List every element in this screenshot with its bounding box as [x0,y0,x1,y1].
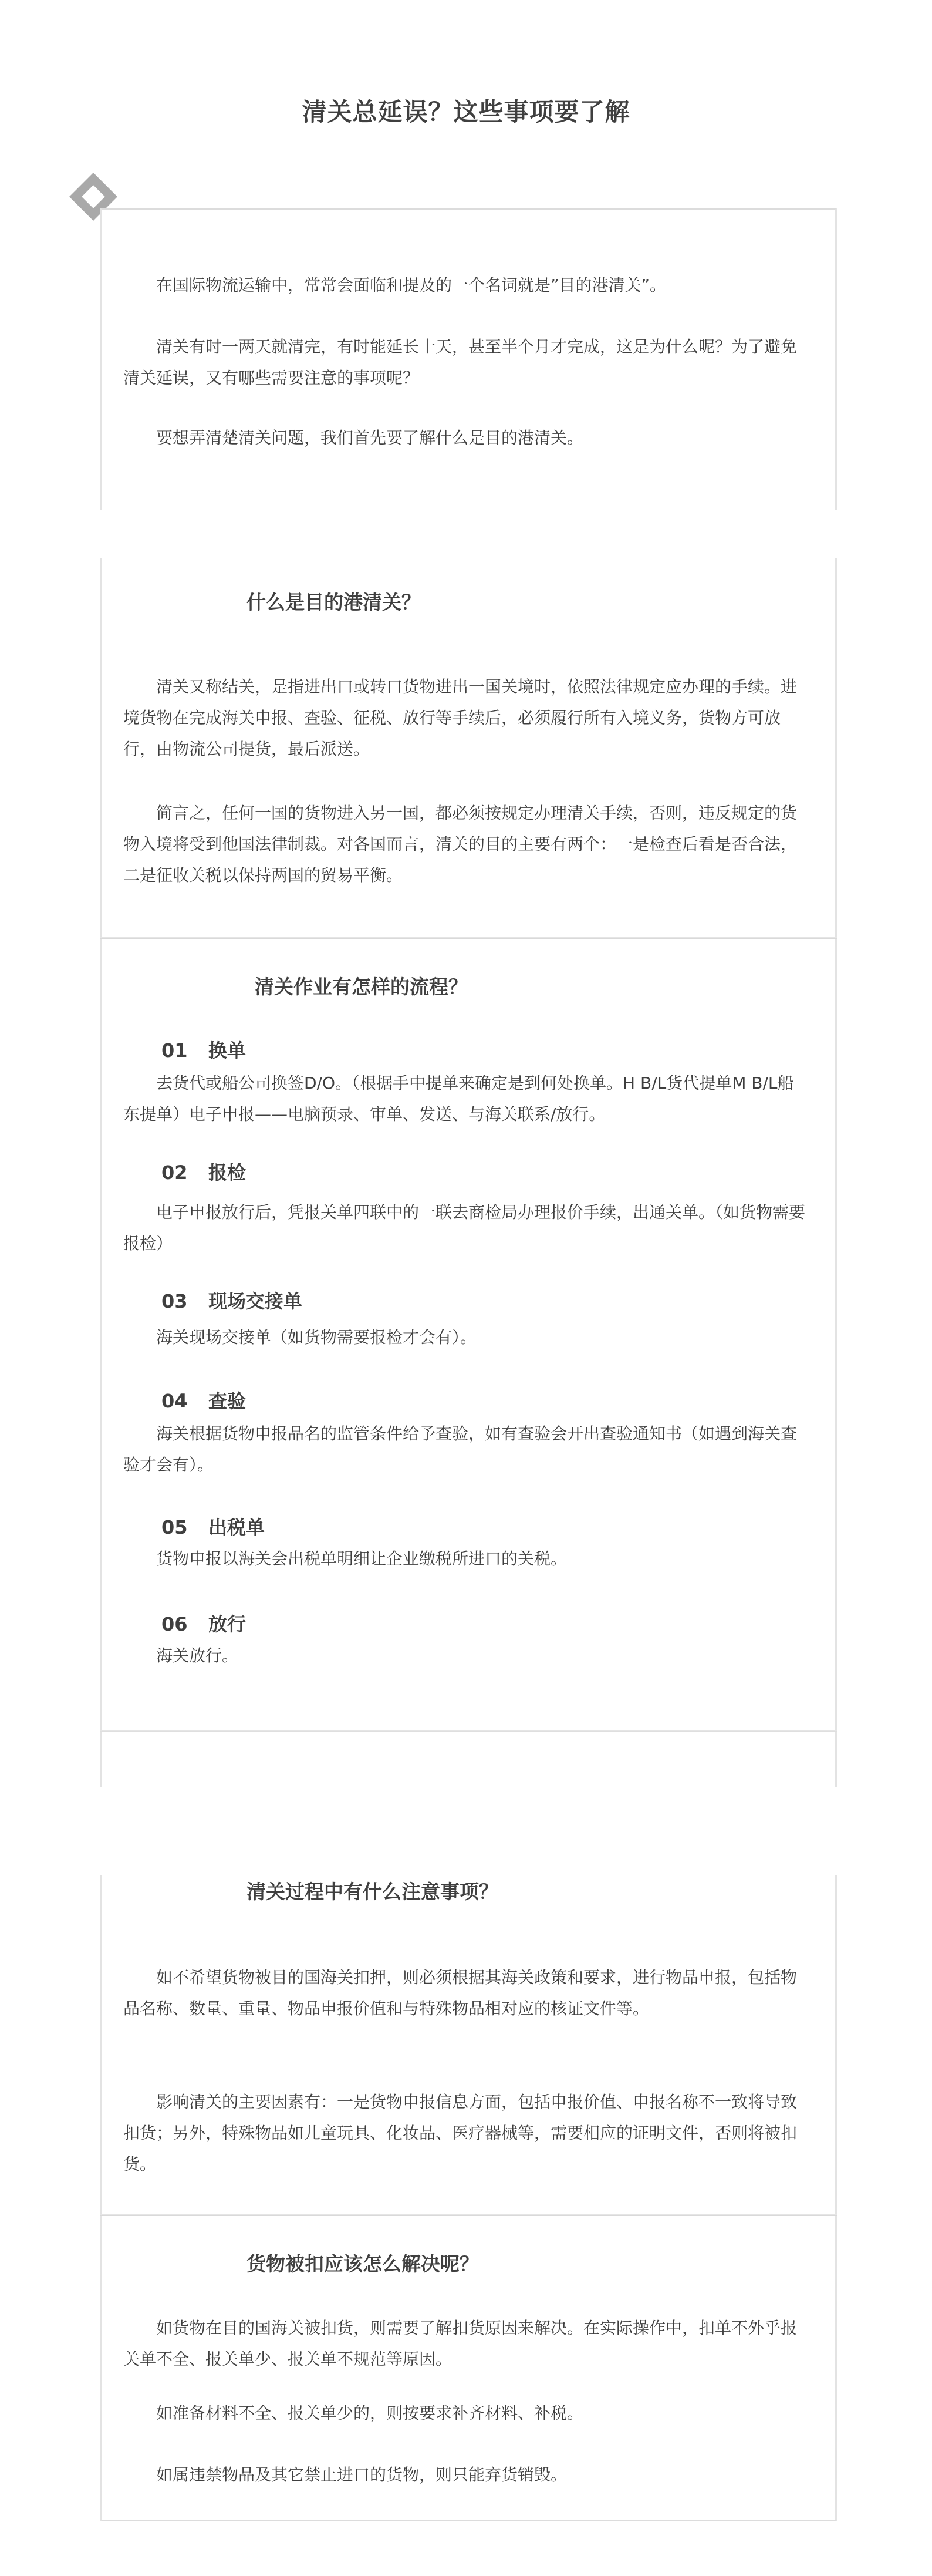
section-3-paragraph-2: 影响清关的主要因素有：一是货物申报信息方面，包括申报价值、申报名称不一致将导致扣… [123,2086,810,2180]
step-label: 出税单 [208,1516,265,1538]
section-4-paragraph-2: 如准备材料不全、报关单少的，则按要求补齐材料、补税。 [123,2397,810,2429]
step-number: 04 [161,1390,208,1412]
section-1-paragraph-2: 简言之，任何一国的货物进入另一国，都必须按规定办理清关手续，否则，违反规定的货物… [123,797,810,891]
step-04-text: 海关根据货物申报品名的监管条件给予查验，如有查验会开出查验通知书（如遇到海关查验… [123,1418,810,1480]
section-1-paragraph-1: 清关又称结关，是指进出口或转口货物进出一国关境时，依照法律规定应办理的手续。进境… [123,671,810,765]
intro-paragraph-3: 要想弄清楚清关问题，我们首先要了解什么是目的港清关。 [123,422,810,453]
step-number: 06 [161,1613,208,1635]
step-number: 02 [161,1161,208,1184]
step-04-title: 04查验 [161,1386,246,1413]
section-4-paragraph-1: 如货物在目的国海关被扣货，则需要了解扣货原因来解决。在实际操作中，扣单不外乎报关… [123,2312,810,2375]
section-divider [100,937,837,939]
step-05-text: 货物申报以海关会出税单明细让企业缴税所进口的关税。 [123,1543,810,1574]
step-06-title: 06放行 [161,1609,246,1636]
step-02-text: 电子申报放行后，凭报关单四联中的一联去商检局办理报价手续，出通关单。（如货物需要… [123,1197,810,1259]
section-heading-what-is-clearance: 什么是目的港清关？ [246,587,421,615]
step-number: 03 [161,1290,208,1312]
step-label: 查验 [208,1390,246,1412]
step-label: 换单 [208,1039,246,1062]
step-label: 报检 [208,1161,246,1184]
section-heading-seized-goods: 货物被扣应该怎么解决呢？ [246,2249,479,2277]
section-4-paragraph-3: 如属违禁物品及其它禁止进口的货物，则只能弃货销毁。 [123,2459,810,2490]
section-3-paragraph-1: 如不希望货物被目的国海关扣押，则必须根据其海关政策和要求，进行物品申报，包括物品… [123,1962,810,2024]
step-number: 01 [161,1039,208,1062]
step-03-title: 03现场交接单 [161,1287,302,1314]
step-06-text: 海关放行。 [123,1640,810,1671]
step-02-title: 02报检 [161,1158,246,1185]
intro-paragraph-1: 在国际物流运输中，常常会面临和提及的一个名词就是”目的港清关”。 [123,270,810,301]
step-03-text: 海关现场交接单（如货物需要报检才会有）。 [123,1322,810,1353]
step-01-title: 01换单 [161,1036,246,1063]
section-heading-precautions: 清关过程中有什么注意事项？ [246,1877,498,1904]
article-title: 清关总延误？这些事项要了解 [0,93,932,128]
step-number: 05 [161,1516,208,1538]
section-divider [100,1730,837,1732]
step-label: 放行 [208,1613,246,1635]
section-heading-process: 清关作业有怎样的流程？ [255,972,468,999]
intro-paragraph-2: 清关有时一两天就清完，有时能延长十天，甚至半个月才完成，这是为什么呢？为了避免清… [123,331,810,393]
step-05-title: 05出税单 [161,1513,265,1540]
step-label: 现场交接单 [208,1290,302,1312]
section-divider [100,2214,837,2216]
step-01-text: 去货代或船公司换签D/O。（根据手中提单来确定是到何处换单。H B/L货代提单M… [123,1068,810,1130]
